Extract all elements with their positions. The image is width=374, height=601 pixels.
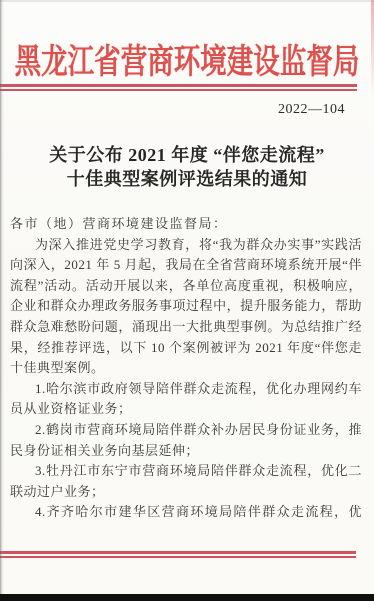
body-line: 企业和群众办理政务服务事项过程中，提升服务能力，帮助解决 — [10, 296, 362, 317]
body-line: 3.牡丹江市东宁市营商环境局陪伴群众走流程，优化二手房 — [10, 461, 362, 482]
scan-edge-bottom — [0, 594, 374, 601]
body-line: 十佳典型案例。 — [10, 358, 362, 379]
body-line: 群众急难愁盼问题，涌现出一大批典型事例。为总结推广经验成 — [10, 317, 362, 338]
scan-edge-top — [0, 0, 374, 2]
document-body: 各市（地）营商环境建设监督局： 为深入推进党史学习教育，将“我为群众办实事”实践… — [10, 214, 362, 523]
body-line: 果，经推荐评选，以下 10 个案例被评为 2021 年度“伴您走流程” — [10, 338, 362, 359]
scanned-official-document: 黑龙江省营商环境建设监督局 2022—104 关于公布 2021 年度 “伴您走… — [0, 0, 374, 601]
body-line: 民身份证相关业务向基层延伸； — [10, 441, 362, 462]
body-line: 为深入推进党史学习教育，将“我为群众办实事”实践活动引 — [10, 235, 362, 256]
document-title: 关于公布 2021 年度 “伴您走流程” 十佳典型案例评选结果的通知 — [0, 143, 374, 191]
body-line: 流程”活动。活动开展以来，各单位高度重视，积极响应，在陪伴 — [10, 276, 362, 297]
document-title-line1: 关于公布 2021 年度 “伴您走流程” — [0, 143, 374, 167]
letterhead-double-rule — [0, 84, 357, 91]
body-line: 4.齐齐哈尔市建华区营商环境局陪伴群众走流程，优化“我要 — [10, 502, 362, 523]
document-number: 2022—104 — [278, 102, 345, 118]
footer-double-rule — [0, 551, 356, 558]
body-line: 联动过户业务； — [10, 482, 362, 503]
letterhead: 黑龙江省营商环境建设监督局 — [0, 36, 374, 80]
body-line: 员从业资格证业务； — [10, 399, 362, 420]
salutation: 各市（地）营商环境建设监督局： — [10, 214, 362, 235]
scan-edge-left — [0, 0, 4, 601]
body-line: 2.鹤岗市营商环境局陪伴群众补办居民身份证业务，推动居 — [10, 420, 362, 441]
body-line: 向深入，2021 年 5 月起，我局在全省营商环境系统开展“伴您走 — [10, 255, 362, 276]
issuing-agency-name: 黑龙江省营商环境建设监督局 — [15, 34, 360, 83]
body-line: 1.哈尔滨市政府领导陪伴群众走流程，优化办理网约车驾驶 — [10, 379, 362, 400]
document-title-line2: 十佳典型案例评选结果的通知 — [0, 167, 374, 191]
